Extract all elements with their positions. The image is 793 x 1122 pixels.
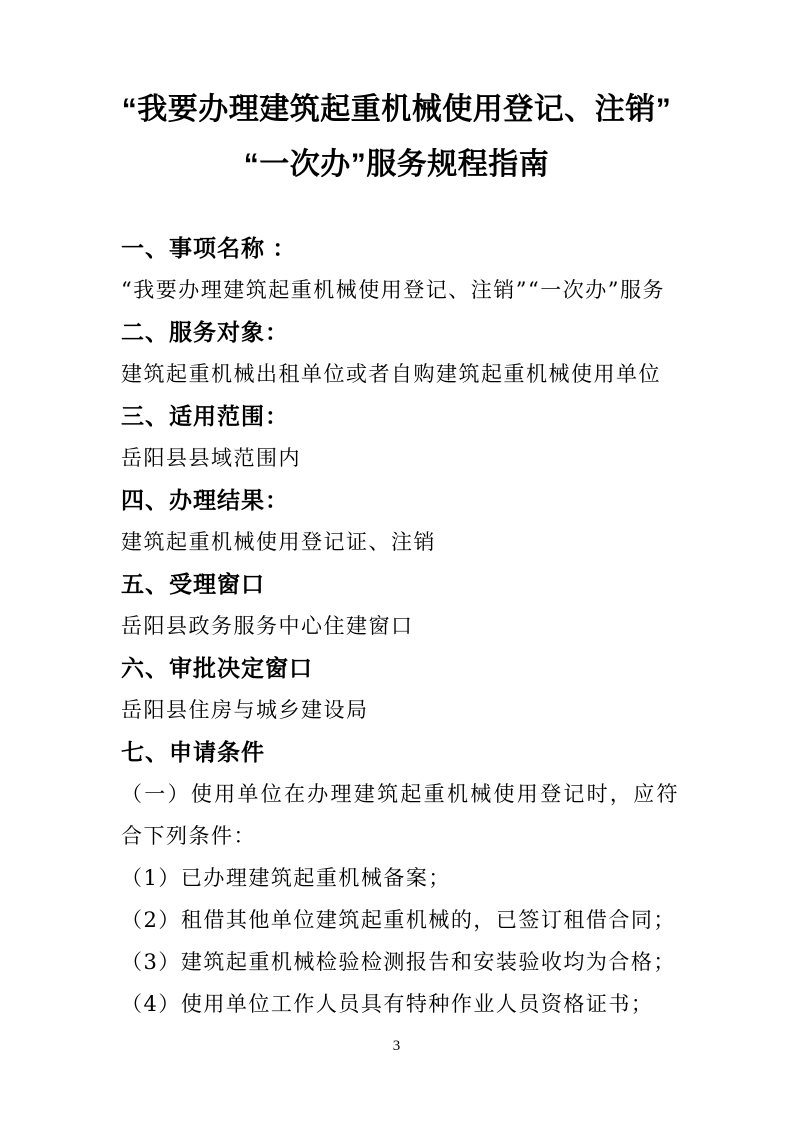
condition-item-4: （4）使用单位工作人员具有特种作业人员资格证书； xyxy=(121,983,679,1025)
section-body-1: “我要办理建筑起重机械使用登记、注销”“一次办”服务 xyxy=(121,269,679,311)
condition-item-2: （2）租借其他单位建筑起重机械的，已签订租借合同； xyxy=(121,899,679,941)
title-line-2: “一次办”服务规程指南 xyxy=(0,137,793,192)
section-body-6: 岳阳县住房与城乡建设局 xyxy=(121,689,679,731)
section-heading-3: 三、适用范围： xyxy=(121,395,679,437)
section-body-2: 建筑起重机械出租单位或者自购建筑起重机械使用单位 xyxy=(121,353,679,395)
section-heading-5: 五、受理窗口 xyxy=(121,563,679,605)
section-body-4: 建筑起重机械使用登记证、注销 xyxy=(121,521,679,563)
document-body: 一、事项名称 ： “我要办理建筑起重机械使用登记、注销”“一次办”服务 二、服务… xyxy=(121,227,679,1025)
title-line-1: “我要办理建筑起重机械使用登记、注销” xyxy=(0,82,793,137)
section-body-3: 岳阳县县域范围内 xyxy=(121,437,679,479)
document-title: “我要办理建筑起重机械使用登记、注销” “一次办”服务规程指南 xyxy=(0,0,793,192)
section-heading-2: 二、服务对象： xyxy=(121,311,679,353)
condition-item-3: （3）建筑起重机械检验检测报告和安装验收均为合格； xyxy=(121,941,679,983)
section-heading-6: 六、审批决定窗口 xyxy=(121,647,679,689)
section-body-5: 岳阳县政务服务中心住建窗口 xyxy=(121,605,679,647)
section-heading-1: 一、事项名称 ： xyxy=(121,227,679,269)
document-page: “我要办理建筑起重机械使用登记、注销” “一次办”服务规程指南 一、事项名称 ：… xyxy=(0,0,793,1122)
section-heading-7: 七、申请条件 xyxy=(121,731,679,773)
condition-item-1: （1）已办理建筑起重机械备案； xyxy=(121,857,679,899)
page-number: 3 xyxy=(0,1038,793,1055)
section-heading-4: 四、办理结果： xyxy=(121,479,679,521)
conditions-intro: （一）使用单位在办理建筑起重机械使用登记时，应符合下列条件： xyxy=(121,773,679,857)
